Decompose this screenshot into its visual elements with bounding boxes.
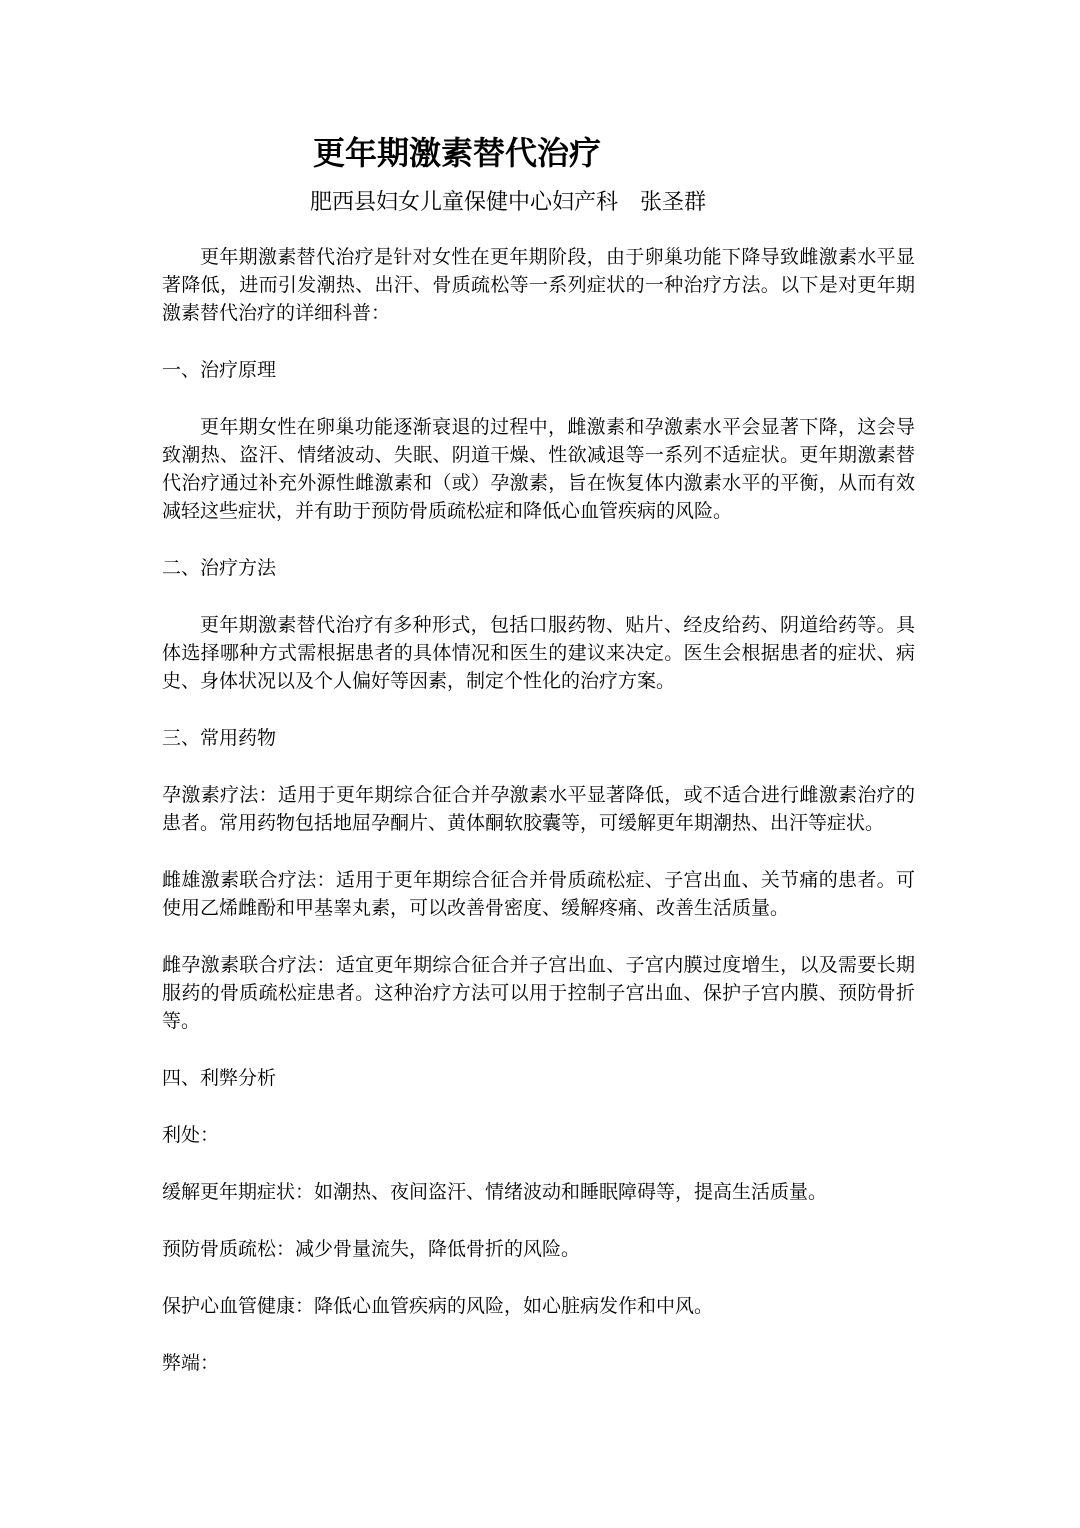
- intro-paragraph: 更年期激素替代治疗是针对女性在更年期阶段，由于卵巢功能下降导致雌激素水平显著降低…: [162, 244, 915, 328]
- paragraph: 更年期女性在卵巢功能逐渐衰退的过程中，雌激素和孕激素水平会显著下降，这会导致潮热…: [162, 414, 915, 526]
- section-heading-1: 一、治疗原理: [162, 357, 915, 385]
- byline: 肥西县妇女儿童保健中心妇产科 张圣群: [310, 187, 915, 217]
- paragraph: 雌雄激素联合疗法：适用于更年期综合征合并骨质疏松症、子宫出血、关节痛的患者。可使…: [162, 867, 915, 923]
- section-heading-3: 三、常用药物: [162, 725, 915, 753]
- paragraph: 雌孕激素联合疗法：适宜更年期综合征合并子宫出血、子宫内膜过度增生，以及需要长期服…: [162, 952, 915, 1036]
- section-heading-4: 四、利弊分析: [162, 1065, 915, 1093]
- benefit-item: 保护心血管健康：降低心血管疾病的风险，如心脏病发作和中风。: [162, 1293, 915, 1321]
- document-page: 更年期激素替代治疗 肥西县妇女儿童保健中心妇产科 张圣群 更年期激素替代治疗是针…: [0, 0, 1080, 1528]
- document-title: 更年期激素替代治疗: [313, 131, 915, 175]
- benefit-item: 预防骨质疏松：减少骨量流失，降低骨折的风险。: [162, 1236, 915, 1264]
- benefit-item: 缓解更年期症状：如潮热、夜间盗汗、情绪波动和睡眠障碍等，提高生活质量。: [162, 1179, 915, 1207]
- paragraph: 孕激素疗法：适用于更年期综合征合并孕激素水平显著降低，或不适合进行雌激素治疗的患…: [162, 782, 915, 838]
- section-heading-2: 二、治疗方法: [162, 555, 915, 583]
- drawbacks-label: 弊端：: [162, 1350, 915, 1378]
- benefits-label: 利处：: [162, 1122, 915, 1150]
- document-body: 更年期激素替代治疗是针对女性在更年期阶段，由于卵巢功能下降导致雌激素水平显著降低…: [162, 244, 915, 1378]
- paragraph: 更年期激素替代治疗有多种形式，包括口服药物、贴片、经皮给药、阴道给药等。具体选择…: [162, 612, 915, 696]
